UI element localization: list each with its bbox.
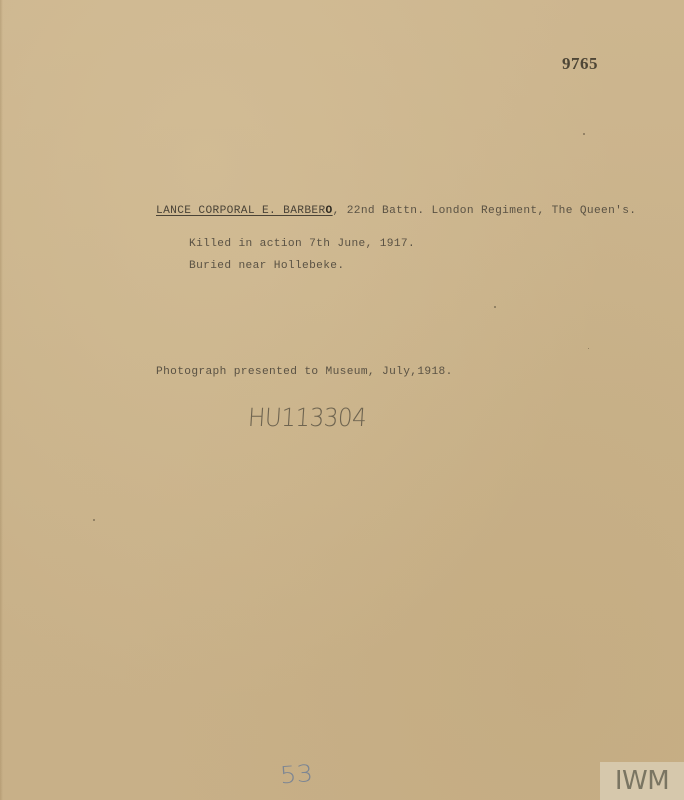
page-edge (0, 0, 3, 800)
reference-number: 9765 (562, 54, 598, 74)
soldier-rank-name-text: LANCE CORPORAL E. BARBER (156, 205, 326, 217)
archival-document-page: 9765 LANCE CORPORAL E. BARBERO, 22nd Bat… (0, 0, 684, 800)
handwritten-page-number: 53 (279, 760, 314, 789)
photograph-presented-line: Photograph presented to Museum, July,191… (156, 366, 453, 378)
soldier-rank-name: LANCE CORPORAL E. BARBERO (156, 205, 333, 217)
handwritten-catalogue-reference: HU113304 (247, 403, 367, 432)
iwm-watermark: IWM (600, 762, 684, 800)
soldier-name-corrected-letter: O (326, 205, 333, 217)
soldier-unit: , 22nd Battn. London Regiment, The Queen… (333, 205, 637, 217)
paper-speck (93, 519, 95, 521)
killed-in-action-line: Killed in action 7th June, 1917. (189, 238, 415, 250)
soldier-name-line: LANCE CORPORAL E. BARBERO, 22nd Battn. L… (156, 205, 636, 217)
paper-speck (588, 348, 589, 349)
burial-location-line: Buried near Hollebeke. (189, 260, 344, 272)
paper-speck (494, 306, 496, 308)
paper-speck (583, 133, 585, 135)
iwm-watermark-label: IWM (615, 766, 669, 796)
